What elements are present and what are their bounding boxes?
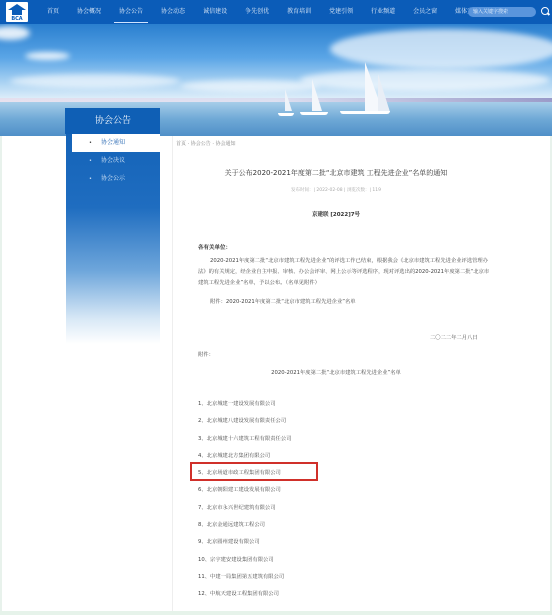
breadcrumb[interactable]: 首页 · 协会公告 · 协会通知 <box>176 140 236 147</box>
article-meta: 发布时间：| 2022-02-08 | 浏览次数：| 119 <box>176 187 496 193</box>
issue-date: 二〇二二年二月八日 <box>430 333 478 341</box>
nav-item-home[interactable]: 首页 <box>38 0 68 24</box>
list-item: 3、北京城建十六建筑工程有限责任公司 <box>198 434 291 451</box>
company-list: 1、北京城建一建设发展有限公司 2、北京城建八建设发展有限责任公司 3、北京城建… <box>198 399 291 607</box>
list-item-highlighted: 5、北京场道市政工程集团有限公司 <box>198 468 291 485</box>
document-number: 京建联 [2022]7号 <box>176 210 496 218</box>
logo-house-icon <box>12 10 22 15</box>
list-item: 1、北京城建一建设发展有限公司 <box>198 399 291 416</box>
sidebar-item-resolutions[interactable]: • 协会决议 <box>66 152 160 170</box>
logo-text: BCA <box>11 16 22 22</box>
search-icon[interactable] <box>541 7 549 15</box>
boat-hull <box>340 111 390 114</box>
attachment-line: 附件：2020-2021年度第二批“北京市建筑工程先进企业”名单 <box>210 297 356 305</box>
nav-item-members[interactable]: 会员之窗 <box>404 0 446 24</box>
sidebar: • 协会通知 • 协会决议 • 协会公示 <box>66 134 160 344</box>
list-item: 6、北京朝阳建工建设发展有限公司 <box>198 485 291 502</box>
cloud-decoration <box>25 52 70 60</box>
cloud-decoration <box>180 80 320 92</box>
nav-item-announcements[interactable]: 协会公告 <box>110 0 152 24</box>
bullet-icon: • <box>89 152 92 170</box>
list-item: 8、北京金通远建筑工程公司 <box>198 520 291 537</box>
annex-title: 2020-2021年度第二批“北京市建筑工程先进企业”名单 <box>176 368 496 376</box>
sidebar-item-label: 协会通知 <box>101 139 125 146</box>
nav-item-training[interactable]: 教育培训 <box>278 0 320 24</box>
main-nav: 首页 协会概况 协会公告 协会动态 诚信建设 争先创优 教育培训 党建引领 行业… <box>38 0 488 24</box>
article-title: 关于公布2020-2021年度第二批“北京市建筑 工程先进企业”名单的通知 <box>176 168 496 178</box>
sailboat-icon <box>378 74 390 112</box>
cloud-decoration <box>300 69 550 91</box>
cloud-decoration <box>10 74 180 88</box>
search-input[interactable] <box>468 7 536 17</box>
list-item: 11、中建一局集团第五建筑有限公司 <box>198 572 291 589</box>
list-item: 12、中航天建设工程集团有限公司 <box>198 589 291 606</box>
list-item: 9、北京圆州建设有限公司 <box>198 537 291 554</box>
boat-hull <box>278 113 294 116</box>
list-item: 2、北京城建八建设发展有限责任公司 <box>198 416 291 433</box>
bottom-strip <box>0 611 552 615</box>
list-item: 7、北京市永兴世纪建筑有限公司 <box>198 503 291 520</box>
nav-item-overview[interactable]: 协会概况 <box>68 0 110 24</box>
nav-item-industry[interactable]: 行业频道 <box>362 0 404 24</box>
sidebar-item-notices[interactable]: • 协会通知 <box>72 134 160 152</box>
bullet-icon: • <box>89 134 92 152</box>
list-item: 4、北京城建北方集团有限公司 <box>198 451 291 468</box>
nav-item-news[interactable]: 协会动态 <box>152 0 194 24</box>
content-divider <box>172 136 173 615</box>
boat-hull <box>300 112 328 115</box>
article-body: 2020-2021年度第二批“北京市建筑工程先进企业”的评选工作已结束，根据我会… <box>198 256 494 289</box>
nav-item-integrity[interactable]: 诚信建设 <box>194 0 236 24</box>
cloud-decoration <box>330 29 552 69</box>
nav-item-excellence[interactable]: 争先创优 <box>236 0 278 24</box>
annex-label: 附件： <box>198 350 214 358</box>
page-edge <box>0 136 2 615</box>
nav-item-party[interactable]: 党建引领 <box>320 0 362 24</box>
sailboat-icon <box>285 89 292 111</box>
sidebar-item-publicity[interactable]: • 协会公示 <box>66 170 160 188</box>
list-item: 10、宗宇建安建设集团有限公司 <box>198 555 291 572</box>
bullet-icon: • <box>89 170 92 188</box>
top-navigation: BCA 首页 协会概况 协会公告 协会动态 诚信建设 争先创优 教育培训 党建引… <box>0 0 552 24</box>
sailboat-icon <box>312 79 322 111</box>
salutation: 各有关单位： <box>198 243 231 251</box>
sidebar-item-label: 协会决议 <box>101 157 125 164</box>
sidebar-title: 协会公告 <box>65 108 160 134</box>
cloud-decoration <box>0 26 30 40</box>
sidebar-item-label: 协会公示 <box>101 175 125 182</box>
bca-logo[interactable]: BCA <box>6 2 28 22</box>
